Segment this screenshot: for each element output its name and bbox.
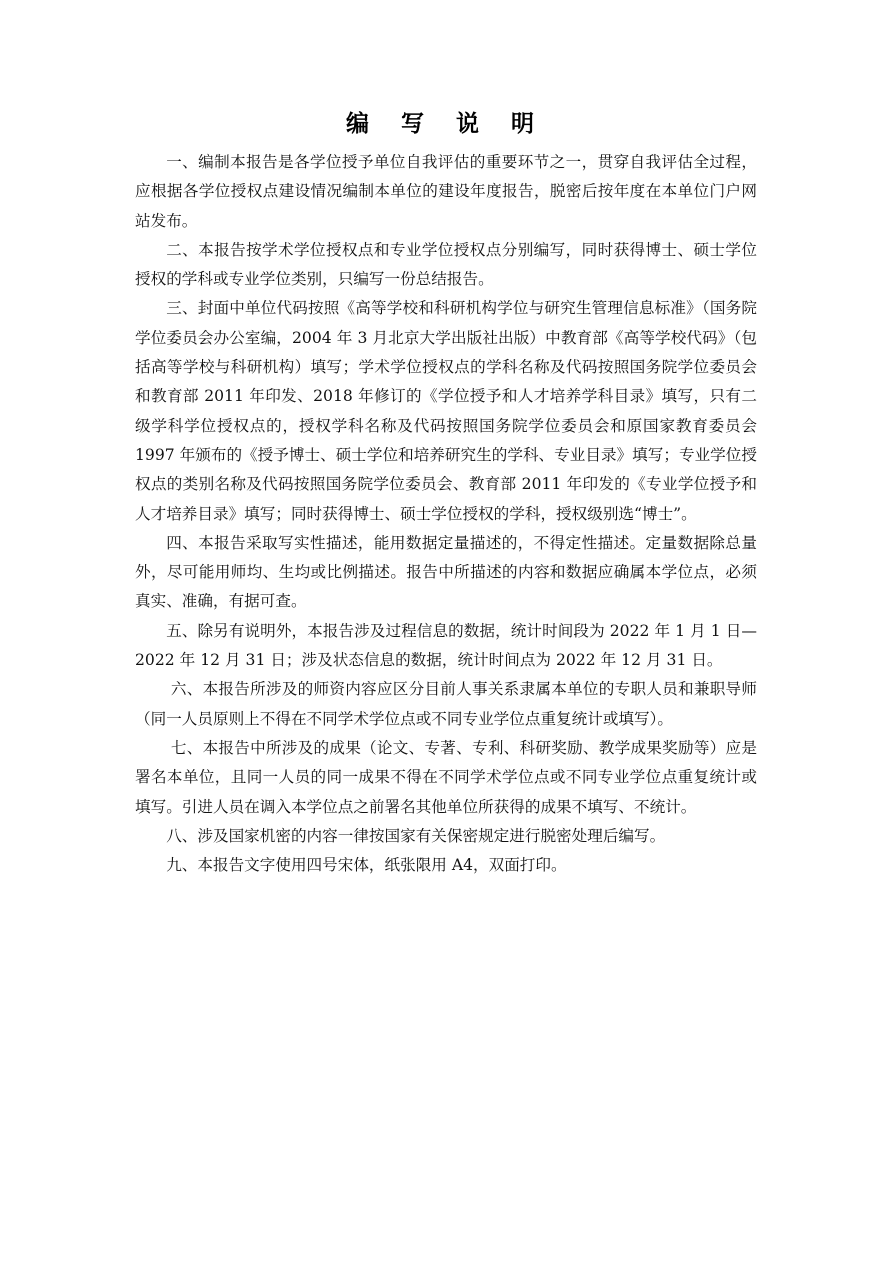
paragraph-2: 二、本报告按学术学位授权点和专业学位授权点分别编写，同时获得博士、硕士学位授权的… (135, 236, 757, 295)
paragraph-6: 六、本报告所涉及的师资内容应区分目前人事关系隶属本单位的专职人员和兼职导师（同一… (135, 675, 757, 734)
paragraph-7: 七、本报告中所涉及的成果（论文、专著、专利、科研奖励、教学成果奖励等）应是署名本… (135, 734, 757, 822)
paragraph-5: 五、除另有说明外，本报告涉及过程信息的数据，统计时间段为 2022 年 1 月 … (135, 617, 757, 676)
paragraph-3: 三、封面中单位代码按照《高等学校和科研机构学位与研究生管理信息标准》（国务院学位… (135, 294, 757, 528)
paragraph-8: 八、涉及国家机密的内容一律按国家有关保密规定进行脱密处理后编写。 (135, 822, 757, 851)
document-body: 一、编制本报告是各学位授予单位自我评估的重要环节之一，贯穿自我评估全过程，应根据… (135, 148, 757, 880)
paragraph-1: 一、编制本报告是各学位授予单位自我评估的重要环节之一，贯穿自我评估全过程，应根据… (135, 148, 757, 236)
paragraph-4: 四、本报告采取写实性描述，能用数据定量描述的，不得定性描述。定量数据除总量外，尽… (135, 529, 757, 617)
document-title: 编 写 说 明 (0, 108, 892, 140)
document-page: 编 写 说 明 一、编制本报告是各学位授予单位自我评估的重要环节之一，贯穿自我评… (0, 0, 892, 1261)
paragraph-9: 九、本报告文字使用四号宋体，纸张限用 A4，双面打印。 (135, 851, 757, 880)
